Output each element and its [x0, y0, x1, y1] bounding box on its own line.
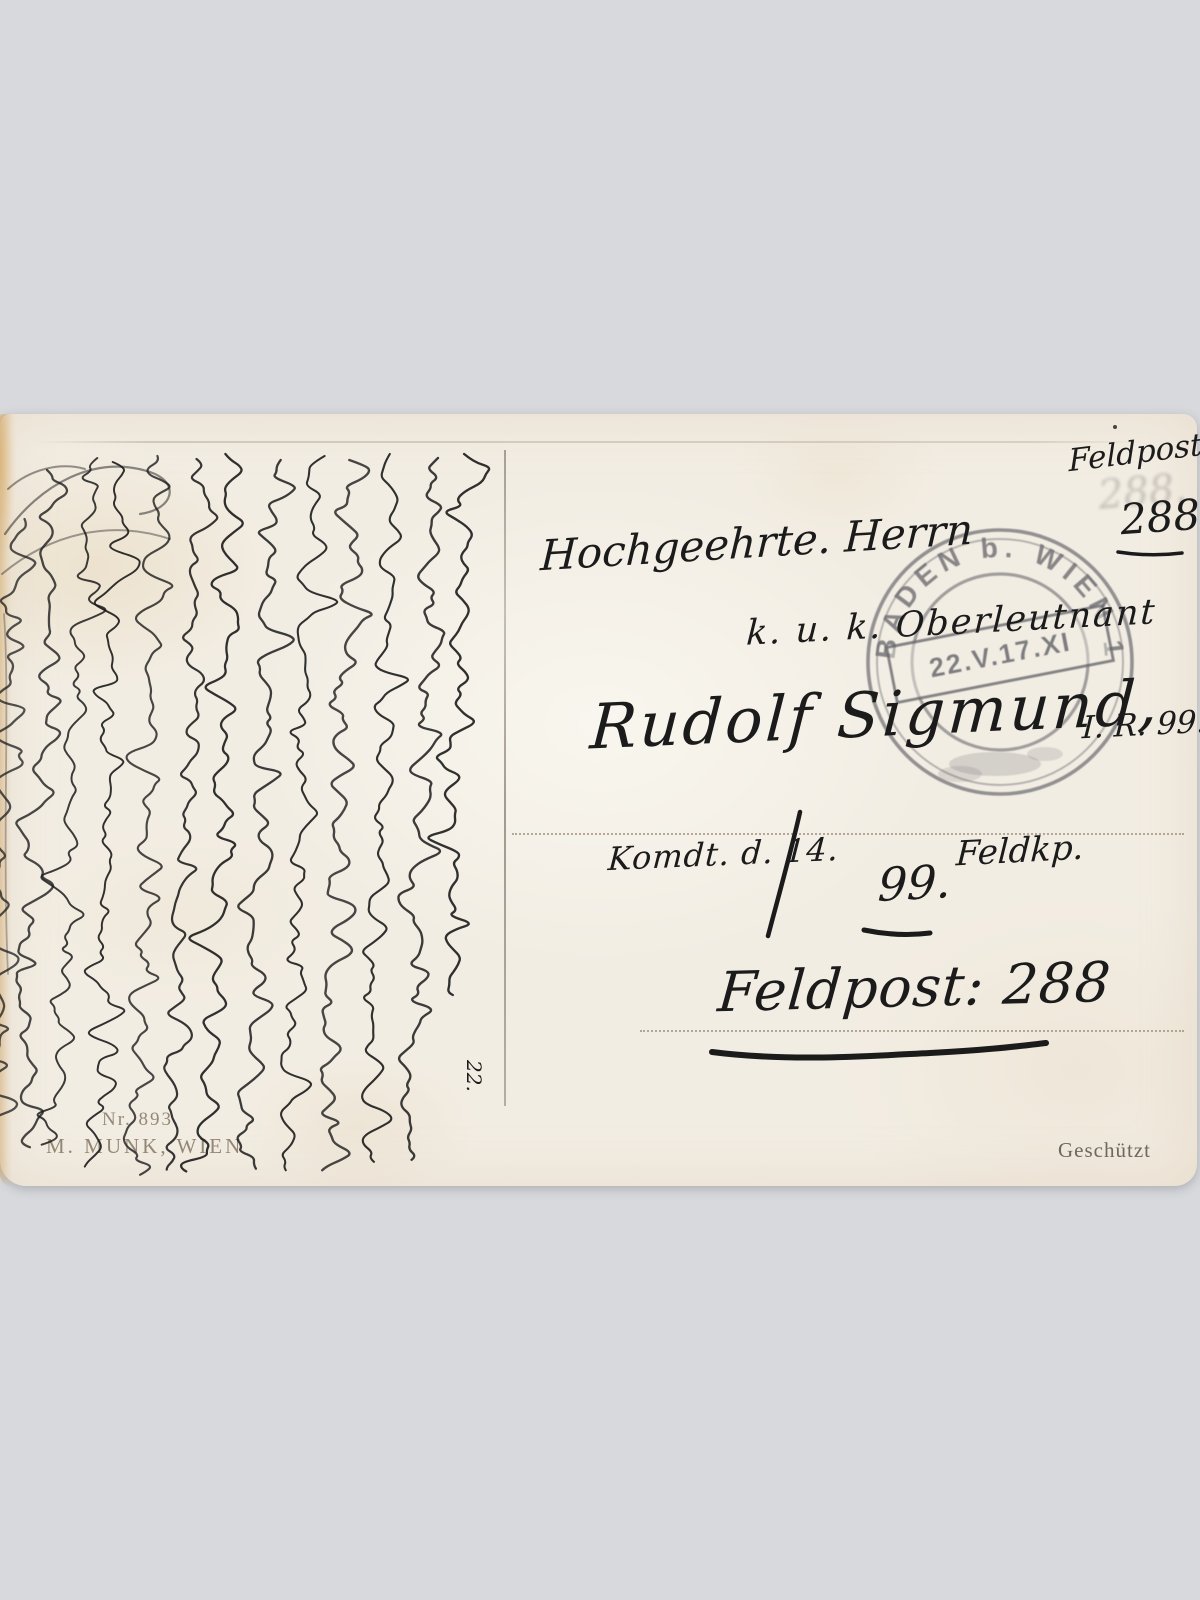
postcard: BADEN b. WIEN 1 22.V.17.XI Feldpost 288.…	[0, 414, 1197, 1186]
address-unit-right: Feldkp.	[955, 831, 1084, 872]
message-date-fragment: 22.	[464, 1060, 484, 1092]
unit-slash-stroke	[768, 812, 800, 936]
scanned-postcard-scene: BADEN b. WIEN 1 22.V.17.XI Feldpost 288.…	[0, 0, 1200, 1600]
feldpost-line-underline	[712, 1043, 1046, 1058]
address-unit-left: Komdt. d. 14.	[607, 833, 840, 875]
corner-note-number: 288.	[1119, 493, 1200, 541]
ink-speck	[1113, 425, 1117, 429]
address-feldpost-line: Feldpost: 288	[716, 955, 1113, 1020]
address-unit-number: 99.	[877, 858, 952, 908]
address-regiment: I. R. 99.	[1081, 707, 1200, 745]
unit-number-underline	[864, 930, 930, 934]
corner-note-underline	[1118, 552, 1182, 555]
